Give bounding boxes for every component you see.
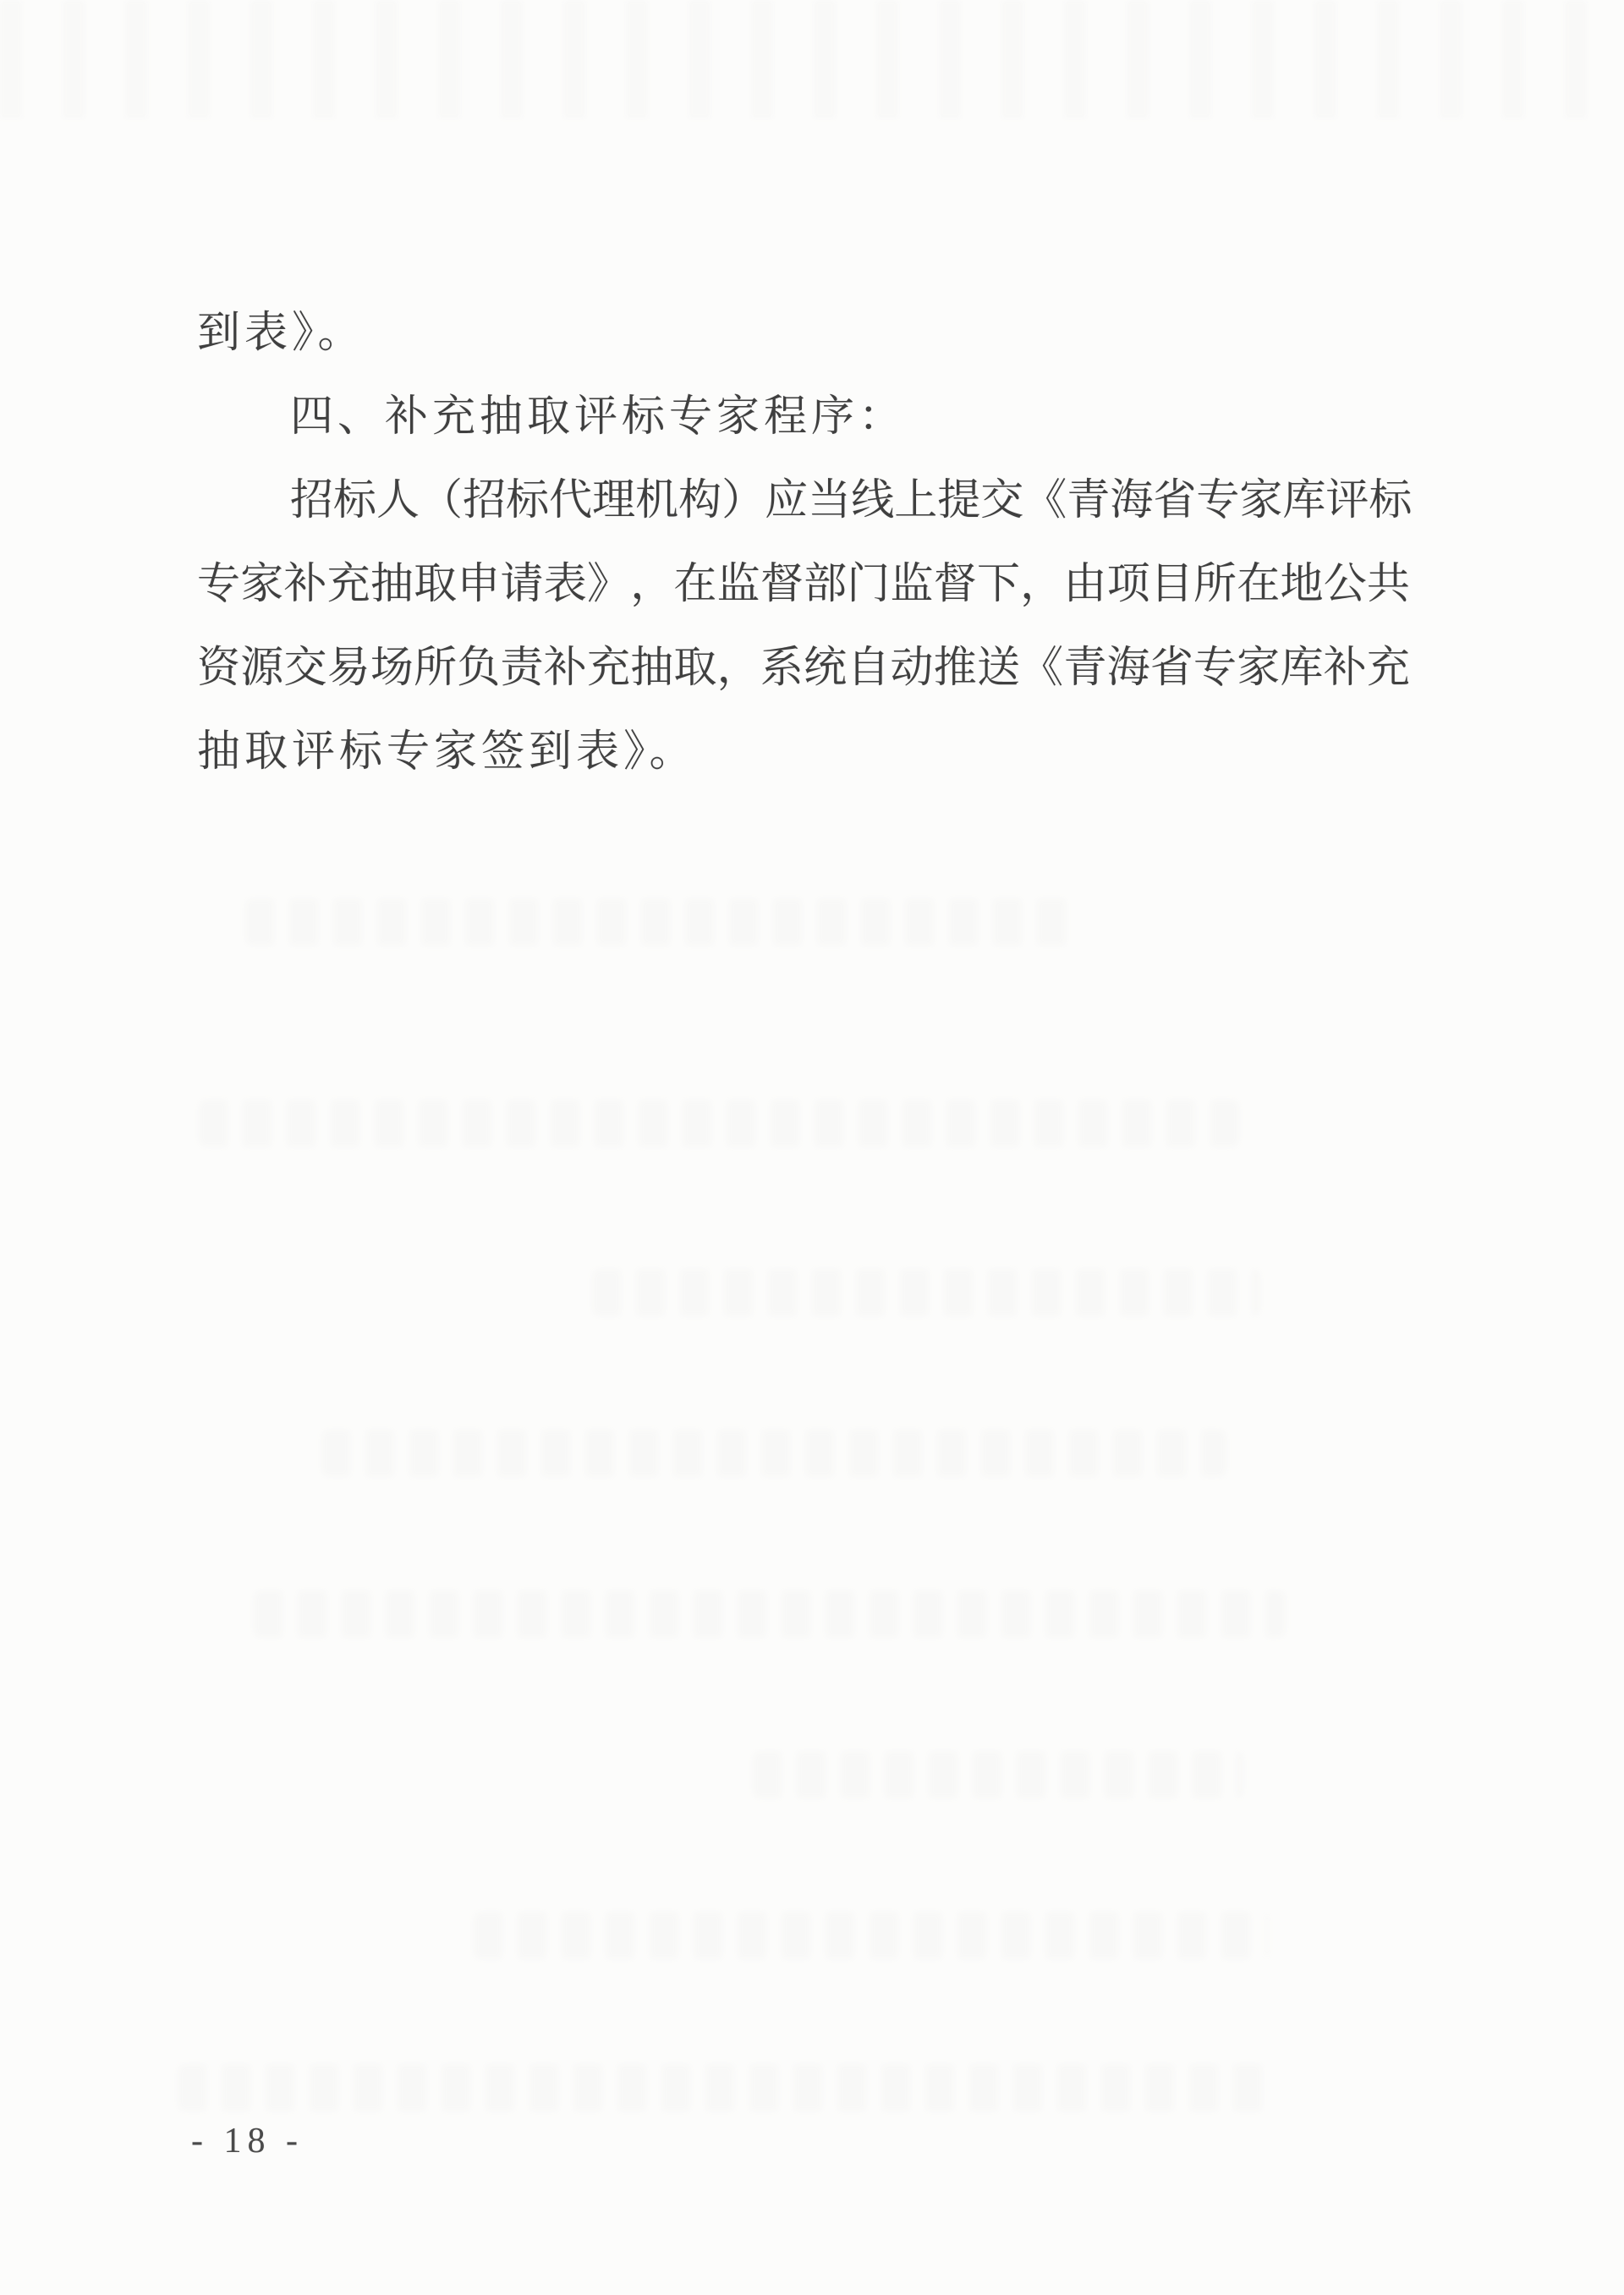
bleed-through-row	[245, 898, 1074, 946]
section-heading: 四、补充抽取评标专家程序：	[197, 376, 1410, 459]
bleed-through-row	[753, 1751, 1243, 1798]
scan-noise	[0, 0, 1624, 118]
paragraph-line-end: 抽取评标专家签到表》。	[197, 711, 1410, 794]
scanned-document-page: 到表》。 四、补充抽取评标专家程序： 招标人（招标代理机构）应当线上提交《青海省…	[0, 0, 1624, 2295]
bleed-through-row	[178, 2064, 1269, 2111]
paragraph-line: 招标人（招标代理机构）应当线上提交《青海省专家库评标	[197, 459, 1410, 543]
bleed-through-row	[321, 1430, 1226, 1477]
paragraph-line: 资源交易场所负责补充抽取，系统自动推送《青海省专家库补充	[197, 627, 1410, 711]
paragraph-line: 专家补充抽取申请表》，在监督部门监督下，由项目所在地公共	[197, 543, 1410, 627]
bleed-through-row	[474, 1912, 1269, 1959]
bleed-through-row	[592, 1269, 1260, 1316]
bleed-through-row	[199, 1100, 1239, 1147]
bleed-through-row	[254, 1590, 1286, 1638]
document-body: 到表》。 四、补充抽取评标专家程序： 招标人（招标代理机构）应当线上提交《青海省…	[197, 292, 1410, 794]
page-number: - 18 -	[191, 2120, 304, 2162]
paragraph-line-continuation: 到表》。	[197, 292, 1410, 376]
